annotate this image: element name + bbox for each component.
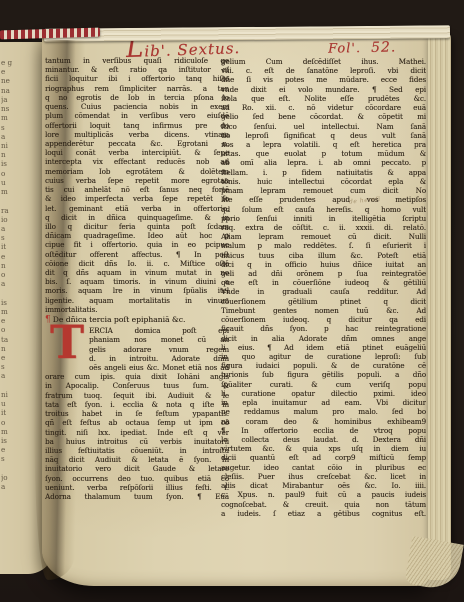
text-line: lite eſſe prudentes apud vos metipſos: [221, 195, 426, 204]
text-line: oēs angeli eius &c. Monet etiā nos ad: [89, 363, 229, 372]
text-line: in quo agitur de curatione leproſi: ſub: [221, 352, 426, 361]
text-line: ficii loquitur ibi i offertorio tanq hiſ…: [45, 74, 229, 83]
text-line: is: [1, 159, 14, 168]
left-column-continuation: oēs angeli eius &c. Monet etiā nos adora…: [45, 363, 229, 501]
text-line: plum cōmendat in verſibus vero eiuſdē: [45, 111, 229, 120]
text-line: o: [1, 169, 14, 178]
text-line: uitas. que euolat p totum mūdum &: [221, 149, 426, 158]
text-line: cleſiis. Puer ihus creſcebat &c. licet i…: [221, 472, 426, 481]
text-line: ab omī alia lepra. i. ab omni peccato. p: [221, 158, 426, 167]
text-line: cōuerſionem iudeoq. q dicitur qa edi: [221, 315, 426, 324]
text-line: a: [1, 132, 14, 141]
text-line: cognoſcebat. & creuit. quia non tātum: [221, 500, 426, 509]
text-line: ſtellam. i. p fidem natiuitatis & appa: [221, 168, 426, 177]
text-line: appenderētur peccata &c. Egrotani n.: [45, 139, 229, 148]
text-line: orare cum ipis. quia dixit Iohāni angls: [45, 372, 229, 381]
text-line: tantum in verſibus quaſi ridiculoſe ge: [45, 56, 229, 65]
text-line: raq. extra de cōſtit. c. ii. xxxii. di. …: [221, 223, 426, 232]
text-line: na coram deo & hominibus exhibeam9: [221, 417, 426, 426]
text-line: malum p malo reddētes. ſ. ſi eſurierit i: [221, 241, 426, 250]
text-line: pmam lepram remouet cum dicit No: [221, 186, 426, 195]
text-line: is: [1, 298, 14, 307]
text-line: ueniunt. verba reſpōſorii illius feſti. …: [45, 483, 229, 492]
folio-mark: Fol'.52.: [328, 39, 397, 56]
text-line: li eius. ¶ Ad idem etiā ptinet euāgeliū: [221, 343, 426, 352]
text-line: & ideo imperfecta verba ſepe repetēt ſo: [45, 194, 229, 203]
text-line: a: [1, 279, 14, 288]
folio-label: Fol'.: [328, 41, 361, 57]
text-line: in Apocalip. Conſeruus tuus ſum. &: [45, 381, 229, 390]
text-line: intercepta vix effectant reducēs nob ad: [45, 157, 229, 166]
book-photograph: e genenajansmsaninisoumraioasitenoaismeo…: [0, 0, 464, 602]
text-line: inuitatorio vero dicit Gaude & letare: [45, 464, 229, 473]
text-line: c. Xpus. n. paul9 fuit cū a paucis iudei…: [221, 490, 426, 499]
text-line: q dicit in dñica quinquageſime. & in: [45, 213, 229, 222]
text-line: tis cui anhelāt nō eſt ſanus neq fortē: [45, 185, 229, 194]
text-line: dicit in alia Adorate dñm omnes ange: [221, 334, 426, 343]
text-line: a: [1, 224, 14, 233]
text-line: nāq dicit Audiuit & letata ē ſyon. In: [45, 455, 229, 464]
left-text-column: tantum in verſibus quaſi ridiculoſe gemi…: [45, 56, 229, 501]
text-line: lore multiplicās verba dicens. vtinam: [45, 130, 229, 139]
text-line: Vnde in graduali cauſa redditur. Ad: [221, 287, 426, 296]
text-line: ad Ro. xii. c. nō videtur cōcordare euā: [221, 103, 426, 112]
text-line: que eſt in cōuerſiōne iudeoq & gētiliū: [221, 278, 426, 287]
text-line: ba huius introitus cū verbis inuitatorii: [45, 437, 229, 446]
text-line: cuius verba ſepe repetit more egrotan: [45, 176, 229, 185]
text-line: d. in introitu. Adorate dñm: [89, 354, 229, 363]
text-line: ni: [1, 141, 14, 150]
text-line: pprio ſenſui inniti in itelligētia ſcrip…: [221, 214, 426, 223]
text-line: riographus rem ſimpliciter narrās. a tan: [45, 84, 229, 93]
text-line: m: [1, 307, 14, 316]
text-line: jo: [1, 473, 14, 482]
text-line: tio leproſi ſignificat q deus vult ſanā: [221, 131, 426, 140]
text-line: io: [1, 215, 14, 224]
text-line: aliis dicat Mirabantur oēs &c. Io. iiii.: [221, 481, 426, 490]
text-line: is: [1, 436, 14, 445]
text-line: geli ad dñi orōnem p ſua reintegratōe: [221, 269, 426, 278]
text-line: qñ eſt feſtus ab octaua ſemp ut ipm cō: [45, 418, 229, 427]
left-column-paragraph-1: tantum in verſibus quaſi ridiculoſe gemi…: [45, 56, 229, 314]
text-line: cipue fit i offertorio. quia in eo pcipu…: [45, 240, 229, 249]
text-line: in epla inuitamur ad eam. Vbi dicitur: [221, 398, 426, 407]
fore-edge-pages: [428, 34, 451, 580]
text-line: it: [1, 242, 14, 251]
text-line: e: [1, 252, 14, 261]
text-line: cōione dicit dñs Io. ii. c. Miſtice oſtē: [45, 259, 229, 268]
text-line: tata eſt ſyon. i. ecclia & nota q iſte i…: [45, 400, 229, 409]
text-line: [1, 464, 14, 473]
text-line: dici q in officio huius dñice iuitat an: [221, 260, 426, 269]
text-line: [1, 288, 14, 297]
text-line: ne: [1, 76, 14, 85]
text-line: qd ſolum eſt cauſa hereſis. q homo vult: [221, 205, 426, 214]
text-line: bis. ſ. aquam timoris. in vinum diuini a: [45, 277, 229, 286]
text-line: a: [1, 371, 14, 380]
text-line: ſyon. occurrens deo tuo. quibus etiā cō: [45, 474, 229, 483]
text-line: tingit. niſi lxx. ipediat. Inde eſt q ve…: [45, 428, 229, 437]
folio-number: 52.: [371, 39, 397, 55]
right-text-column: gelium Cum deſcēdiſſet ihus. Mathei.viii…: [221, 57, 426, 518]
text-line: ¶ In offertorio ecclia de vtroq popu: [221, 426, 426, 435]
text-line: gelio ſed bene cōcordat. & cōpetit mi: [221, 112, 426, 121]
dropcap-indented-lines: ERCIA domica poſt epiphaniam nos monet c…: [89, 326, 229, 363]
text-line: ni: [1, 390, 14, 399]
text-line: tōnis. huic intellectui cōcordat epla &: [221, 177, 426, 186]
text-line: viii. c. eſt de ſanatōne leproſi. vbi di…: [221, 66, 426, 75]
text-line: dicii quantū eſt ad corp9 miſticū ſemp: [221, 453, 426, 462]
text-line: o: [1, 418, 14, 427]
text-line: m: [1, 113, 14, 122]
text-line: s: [1, 233, 14, 242]
text-line: virtutem &c. & quia xps uſq in diem iu: [221, 444, 426, 453]
text-line: e g: [1, 58, 14, 67]
text-line: n: [1, 344, 14, 353]
text-line: ficauit dñs ſyon. p hac reintegratione: [221, 324, 426, 333]
text-line: u: [1, 178, 14, 187]
text-line: o: [1, 270, 14, 279]
text-line: illius feſtiuitatis cōueniūt. in introit…: [45, 446, 229, 455]
text-line: offertorii loquit tanq infirmus pre do: [45, 121, 229, 130]
text-line: Adorna thalamum tuum ſyon. ¶ Euā: [45, 492, 229, 501]
left-column-paragraph-2: T ERCIA domica poſt epiphaniam nos monet…: [45, 326, 229, 501]
red-initial-letter: T: [45, 326, 89, 363]
text-line: quens. Cuius paciencia nobis in exem: [45, 102, 229, 111]
text-line: m: [1, 187, 14, 196]
text-line: li curatione opatur dilectio pximi. ideo: [221, 389, 426, 398]
text-line: ta: [1, 335, 14, 344]
text-line: dñe ſi vis potes me mūdare. ecce fides: [221, 75, 426, 84]
text-line: s: [1, 454, 14, 463]
text-line: let. geminant etiā verba in offertorio.: [45, 204, 229, 213]
text-line: oſtēditur offerent affectus. ¶ In poſt: [45, 250, 229, 259]
fore-edge-corner-fan: [404, 536, 464, 592]
text-line: e: [1, 316, 14, 325]
facing-page-text-fragments: e genenajansmsaninisoumraioasitenoaismeo…: [1, 58, 14, 491]
text-line: memoriam Iob egrotātem & dolētem: [45, 167, 229, 176]
text-line: dit q dñs aquam in vinum mutat in no: [45, 268, 229, 277]
text-line: n: [1, 261, 14, 270]
text-line: ligentie. aquam mortalitatis in vinum: [45, 296, 229, 305]
text-line: loqui conāt verba intercipiūt. & ſepe: [45, 148, 229, 157]
text-line: Timebunt gentes nomen tuū &c. Ad: [221, 306, 426, 315]
text-line: augetur. ideo cantat cōio in pluribus ec: [221, 463, 426, 472]
text-line: it: [1, 408, 14, 417]
text-line: fratrum tuoq. ſequit ibi. Audiuit & le: [45, 391, 229, 400]
text-line: q no egrotis de Iob in tercia pſona lo: [45, 93, 229, 102]
text-line: gelis adorare vnum regem: [89, 345, 229, 354]
text-line: e: [1, 353, 14, 362]
text-line: ra: [1, 206, 14, 215]
text-line: u: [1, 399, 14, 408]
text-line: [1, 196, 14, 205]
text-line: e: [1, 445, 14, 454]
text-line: na: [1, 86, 14, 95]
text-line: turionis ſub figura gētilis populi. a dñ…: [221, 370, 426, 379]
text-line: gelium Cum deſcēdiſſet ihus. Mathei.: [221, 57, 426, 66]
text-line: ns: [1, 104, 14, 113]
text-line: lo collecta deus laudat. d. Dextera dñi: [221, 435, 426, 444]
text-line: s: [1, 362, 14, 371]
text-line: ja: [1, 95, 14, 104]
text-line: ſtola que eſt. Nolite eſſe prudētes &c.: [221, 94, 426, 103]
text-line: s: [1, 123, 14, 132]
text-line: troitus habet in ſe feſtum ypapantis.: [45, 409, 229, 418]
text-line: immortalitatis.: [45, 305, 229, 314]
text-line: Aliam lepram remouet cū dicit. Nulli: [221, 232, 426, 241]
text-line: a iudeis. ſ etiaz a gētibus cognitus eſt…: [221, 509, 426, 518]
text-line: a: [1, 482, 14, 491]
text-line: o: [1, 325, 14, 334]
text-line: cōuerſionem gētilium ptinet q dicit: [221, 297, 426, 306]
text-line: e: [1, 67, 14, 76]
text-line: dñicam quadrageſime. Ideo aūt hoc p: [45, 231, 229, 240]
text-line: [1, 381, 14, 390]
text-line: nos a lepra volatili. q eſt heretica pra: [221, 140, 426, 149]
text-line: ne reddamus malum pro malo. ſed bo: [221, 407, 426, 416]
text-line: moris. aquam lre in vinum ſpūalis itel: [45, 286, 229, 295]
text-line: phaniam nos monet cū an: [89, 335, 229, 344]
text-line: illo q dicitur feria quinta poſt ſcdam: [45, 222, 229, 231]
text-line: m: [1, 427, 14, 436]
text-line: minantur. & eſt ratio qa inſtitutor oſ: [45, 65, 229, 74]
text-line: vnde dixit ei volo mundare. ¶ Sed epi: [221, 85, 426, 94]
text-line: ſpūaliter curati. & cum veriſq popu: [221, 380, 426, 389]
text-line: imicus tuus ciba illum &c. Poteſt etiā: [221, 251, 426, 260]
text-line: n: [1, 150, 14, 159]
text-line: ſtico ſenſui. uel intellectui. Nam ſanā: [221, 122, 426, 131]
text-line: ERCIA domica poſt epi: [89, 326, 229, 335]
text-line: figura iudaici populi. & de curatōne cē: [221, 361, 426, 370]
